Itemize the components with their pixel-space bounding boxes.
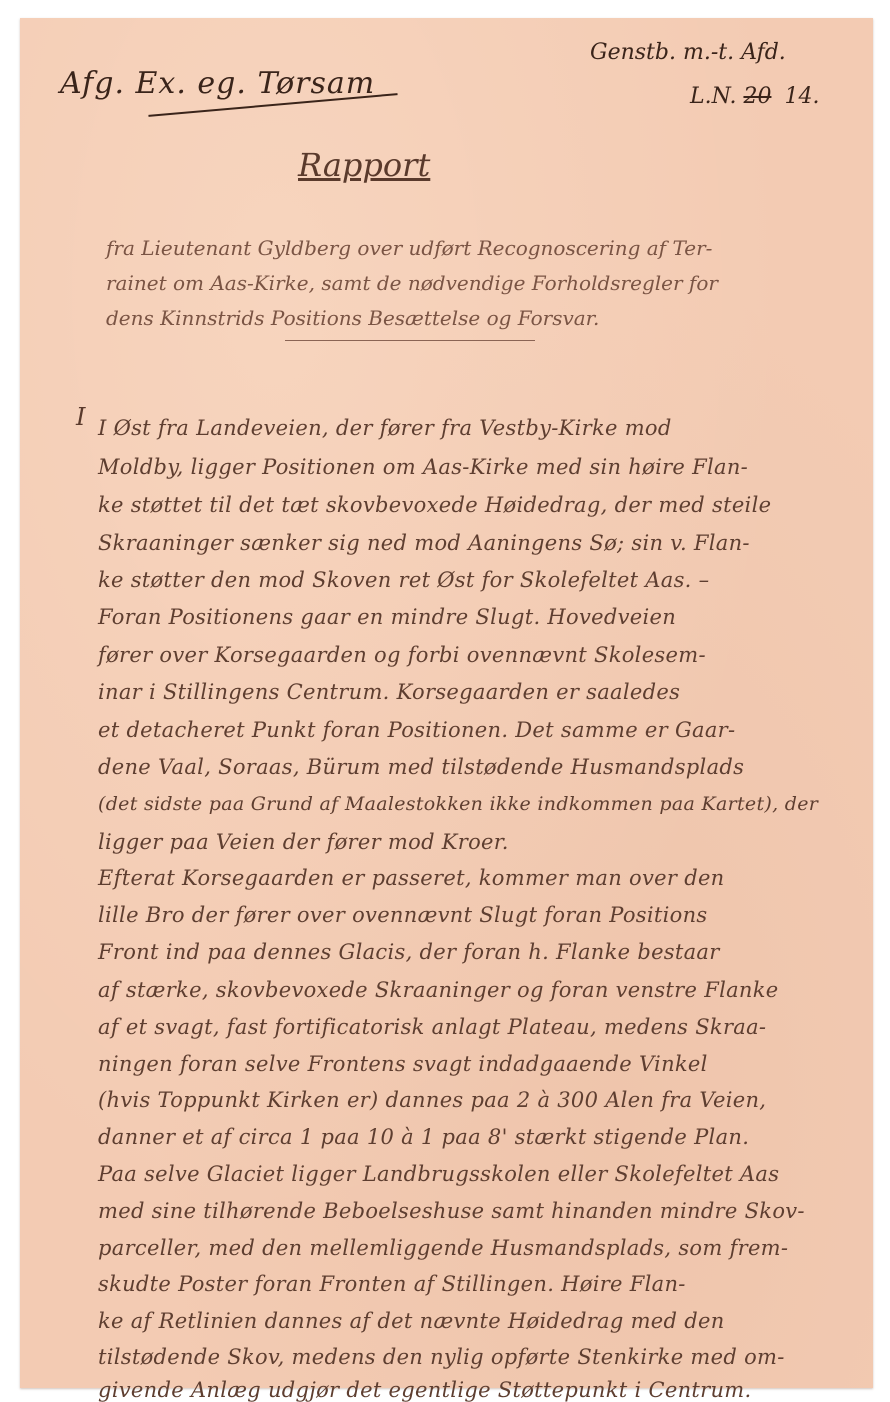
body-line: ligger paa Veien der fører mod Kroer. [98, 830, 509, 854]
body-line: med sine tilhørende Beboelseshuse samt h… [98, 1199, 805, 1223]
body-line: fører over Korsegaarden og forbi ovennæv… [98, 643, 706, 667]
body-line: I Øst fra Landeveien, der fører fra Vest… [98, 416, 672, 440]
body-line: ke støtter den mod Skoven ret Øst for Sk… [98, 568, 709, 592]
body-line: et detacheret Punkt foran Positionen. De… [98, 718, 735, 742]
body-line: af stærke, skovbevoxede Skraaninger og f… [98, 978, 779, 1002]
body-line: Efterat Korsegaarden er passeret, kommer… [98, 866, 725, 890]
body-line: af et svagt, fast fortificatorisk anlagt… [98, 1015, 766, 1039]
body-line: (det sidste paa Grund af Maalestokken ik… [98, 793, 818, 815]
body-line: givende Anlæg udgjør det egentlige Støtt… [98, 1378, 752, 1402]
document-page: Afg. Ex. eg. Tørsam Genstb. m.-t. Afd. L… [20, 18, 873, 1388]
body-line: lille Bro der fører over ovennævnt Slugt… [98, 903, 708, 927]
body-line: Paa selve Glaciet ligger Landbrugsskolen… [98, 1162, 779, 1186]
body-line: skudte Poster foran Fronten af Stillinge… [98, 1272, 686, 1296]
reference-signature: Afg. Ex. eg. Tørsam [60, 66, 375, 101]
journal-number-value: 14. [784, 84, 819, 109]
body-line: Front ind paa dennes Glacis, der foran h… [98, 940, 720, 964]
title-divider [285, 340, 535, 341]
struck-number: 20 [743, 84, 771, 109]
body-line: parceller, med den mellemliggende Husman… [98, 1236, 788, 1260]
department-note: Genstb. m.-t. Afd. [590, 40, 786, 65]
reference-left-text: Afg. Ex. eg. Tørsam [60, 66, 375, 101]
body-line: ke af Retlinien dannes af det nævnte Høi… [98, 1309, 725, 1333]
body-line: ningen foran selve Frontens svagt indadg… [98, 1052, 708, 1076]
body-line: Skraaninger sænker sig ned mod Aaningens… [98, 531, 750, 555]
body-line: danner et af circa 1 paa 10 à 1 paa 8' s… [98, 1125, 749, 1149]
body-line: tilstødende Skov, medens den nylig opfør… [98, 1345, 785, 1369]
body-line: Moldby, ligger Positionen om Aas-Kirke m… [98, 455, 748, 479]
subtitle-line: fra Lieutenant Gyldberg over udført Reco… [106, 236, 712, 260]
subtitle-line: rainet om Aas-Kirke, samt de nødvendige … [106, 271, 718, 295]
section-number: I [76, 403, 85, 431]
journal-number: L.N. 20 14. [690, 84, 819, 109]
page-title: Rapport [298, 146, 430, 184]
journal-prefix: L.N. [690, 84, 736, 109]
body-line: Foran Positionens gaar en mindre Slugt. … [98, 605, 676, 629]
body-line: inar i Stillingens Centrum. Korsegaarden… [98, 680, 680, 704]
body-line: (hvis Toppunkt Kirken er) dannes paa 2 à… [98, 1088, 766, 1112]
body-line: dene Vaal, Soraas, Bürum med tilstødende… [98, 755, 744, 779]
body-line: ke støttet til det tæt skovbevoxede Høid… [98, 493, 771, 517]
subtitle-line: dens Kinnstrids Positions Besættelse og … [106, 306, 599, 330]
